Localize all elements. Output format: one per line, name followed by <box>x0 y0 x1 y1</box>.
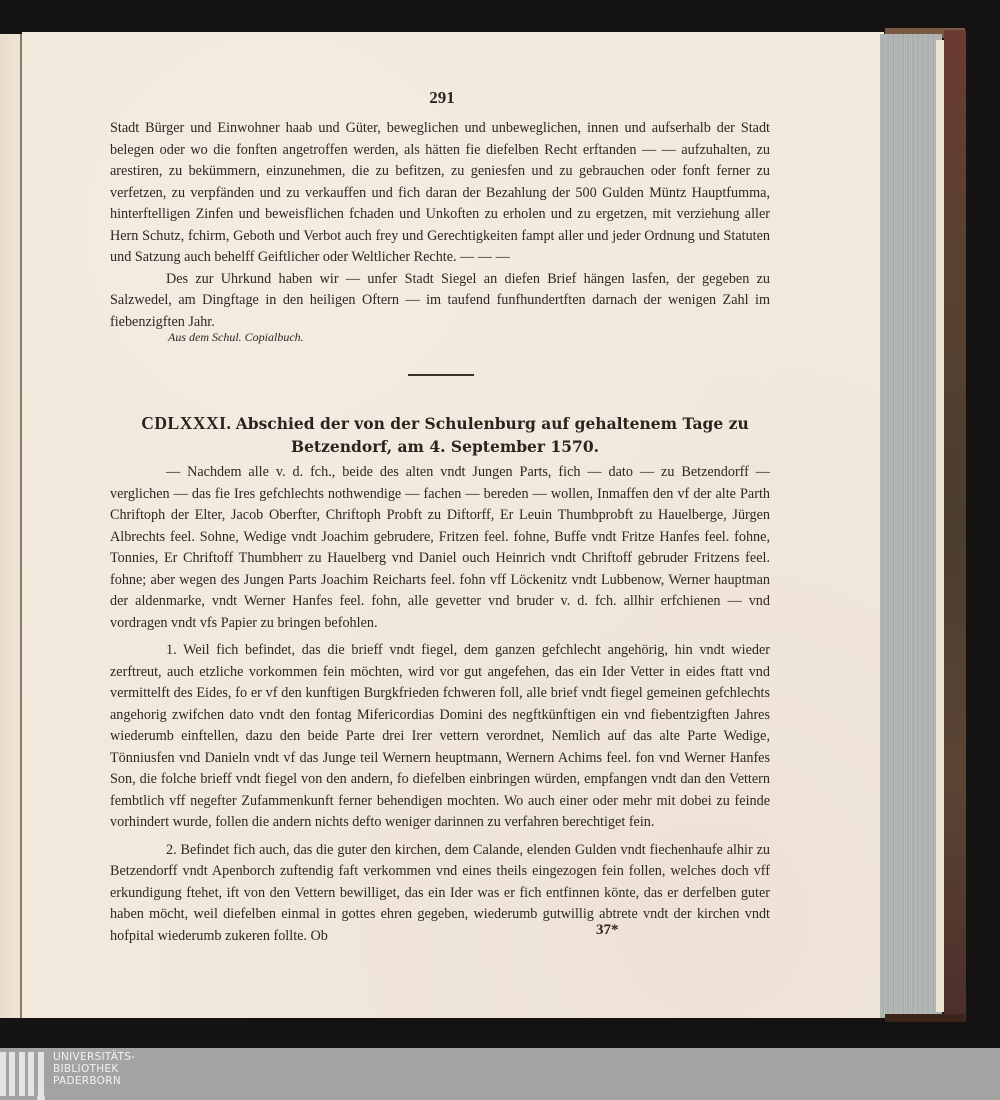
book-cover-bottom <box>885 1014 965 1022</box>
paragraph: — Nachdem alle v. d. fch., beide des alt… <box>110 462 770 634</box>
library-logo-text: UNIVERSITÄTS- BIBLIOTHEK PADERBORN <box>53 1051 135 1087</box>
page-number: 291 <box>424 88 460 108</box>
continued-text: Stadt Bürger und Einwohner haab und Güte… <box>110 118 770 333</box>
section-separator-rule <box>408 374 474 376</box>
paragraph-1: 1. Weil fich befindet, das die brieff vn… <box>110 640 770 834</box>
book-scan: 291 Stadt Bürger und Einwohner haab und … <box>0 0 1000 1048</box>
paragraph-2: 2. Befindet fich auch, das die guter den… <box>110 840 770 948</box>
document-heading: CDLXXXI. Abschied der von der Schulenbur… <box>120 412 770 458</box>
printer-signature: 37* <box>596 922 619 939</box>
paragraph: Stadt Bürger und Einwohner haab und Güte… <box>110 118 770 269</box>
document-body: — Nachdem alle v. d. fch., beide des alt… <box>110 462 770 947</box>
document-number: CDLXXXI. <box>141 413 231 433</box>
page-edges <box>880 34 942 1018</box>
book-cover-spine <box>944 30 966 1022</box>
paragraph: Des zur Uhrkund haben wir — unfer Stadt … <box>110 269 770 334</box>
library-footer-bar: UNIVERSITÄTS- BIBLIOTHEK PADERBORN <box>0 1048 1000 1100</box>
source-note: Aus dem Schul. Copialbuch. <box>168 330 304 345</box>
library-logo-icon <box>0 1052 48 1096</box>
document-title: Abschied der von der Schulenburg auf geh… <box>236 414 749 456</box>
left-page-edge <box>0 34 22 1018</box>
